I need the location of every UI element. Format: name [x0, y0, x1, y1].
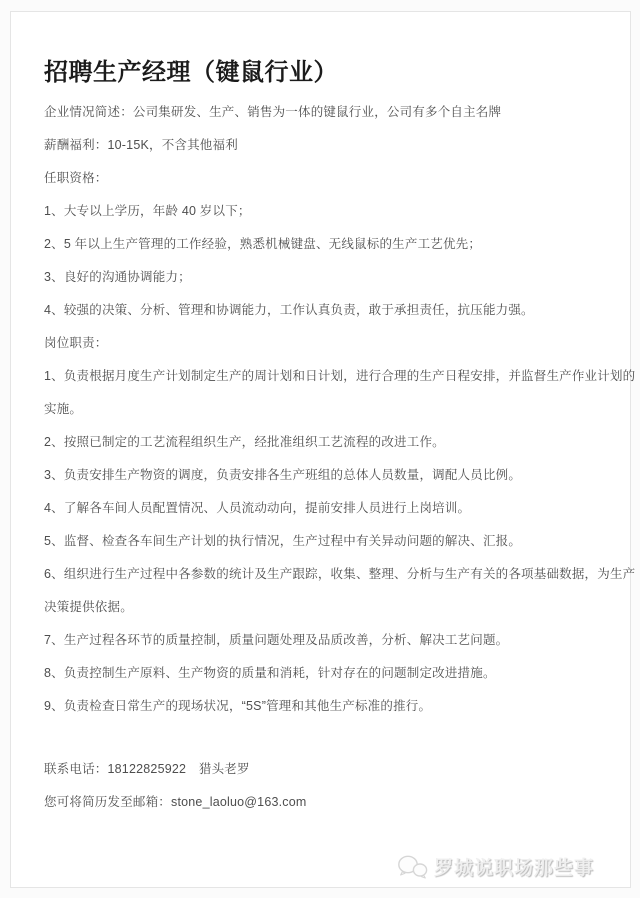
responsibility-item: 3、负责安排生产物资的调度，负责安排各生产班组的总体人员数量，调配人员比例。	[44, 459, 606, 492]
contact-block: 联系电话：18122825922 猎头老罗 您可将简历发至邮箱：stone_la…	[44, 753, 606, 819]
contact-phone-line: 联系电话：18122825922 猎头老罗	[44, 753, 606, 786]
responsibility-item: 7、生产过程各环节的质量控制，质量问题处理及品质改善，分析、解决工艺问题。	[44, 624, 606, 657]
responsibility-item: 2、按照已制定的工艺流程组织生产，经批准组织工艺流程的改进工作。	[44, 426, 606, 459]
watermark: 罗城说职场那些事	[397, 853, 594, 880]
job-posting: 招聘生产经理（键鼠行业） 企业情况简述：公司集研发、生产、销售为一体的键鼠行业，…	[11, 12, 630, 819]
qualification-item: 1、大专以上学历，年龄 40 岁以下；	[44, 195, 606, 228]
watermark-label: 罗城说职场那些事	[434, 853, 594, 880]
salary-line: 薪酬福利：10-15K，不含其他福利	[44, 129, 606, 162]
responsibility-item: 4、了解各车间人员配置情况、人员流动动向，提前安排人员进行上岗培训。	[44, 492, 606, 525]
responsibility-item: 1、负责根据月度生产计划制定生产的周计划和日计划，进行合理的生产日程安排，并监督…	[44, 360, 606, 426]
wechat-bubbles-icon	[397, 854, 428, 880]
responsibility-item: 9、负责检查日常生产的现场状况，“5S”管理和其他生产标准的推行。	[44, 690, 606, 723]
qualification-item: 2、5 年以上生产管理的工作经验，熟悉机械键盘、无线鼠标的生产工艺优先；	[44, 228, 606, 261]
qualification-item: 4、较强的决策、分析、管理和协调能力，工作认真负责，敢于承担责任，抗压能力强。	[44, 294, 606, 327]
responsibility-item: 6、组织进行生产过程中各参数的统计及生产跟踪，收集、整理、分析与生产有关的各项基…	[44, 558, 606, 624]
qualifications-header: 任职资格：	[44, 162, 606, 195]
document-page: 招聘生产经理（键鼠行业） 企业情况简述：公司集研发、生产、销售为一体的键鼠行业，…	[10, 11, 631, 888]
responsibility-item: 8、负责控制生产原料、生产物资的质量和消耗，针对存在的问题制定改进措施。	[44, 657, 606, 690]
responsibilities-header: 岗位职责：	[44, 327, 606, 360]
contact-email-line: 您可将简历发至邮箱：stone_laoluo@163.com	[44, 786, 606, 819]
page-title: 招聘生产经理（键鼠行业）	[44, 58, 606, 88]
qualification-item: 3、良好的沟通协调能力；	[44, 261, 606, 294]
job-posting-body: 企业情况简述：公司集研发、生产、销售为一体的键鼠行业，公司有多个自主名牌 薪酬福…	[44, 96, 606, 819]
responsibility-item: 5、监督、检查各车间生产计划的执行情况，生产过程中有关异动问题的解决、汇报。	[44, 525, 606, 558]
company-intro-line: 企业情况简述：公司集研发、生产、销售为一体的键鼠行业，公司有多个自主名牌	[44, 96, 606, 129]
